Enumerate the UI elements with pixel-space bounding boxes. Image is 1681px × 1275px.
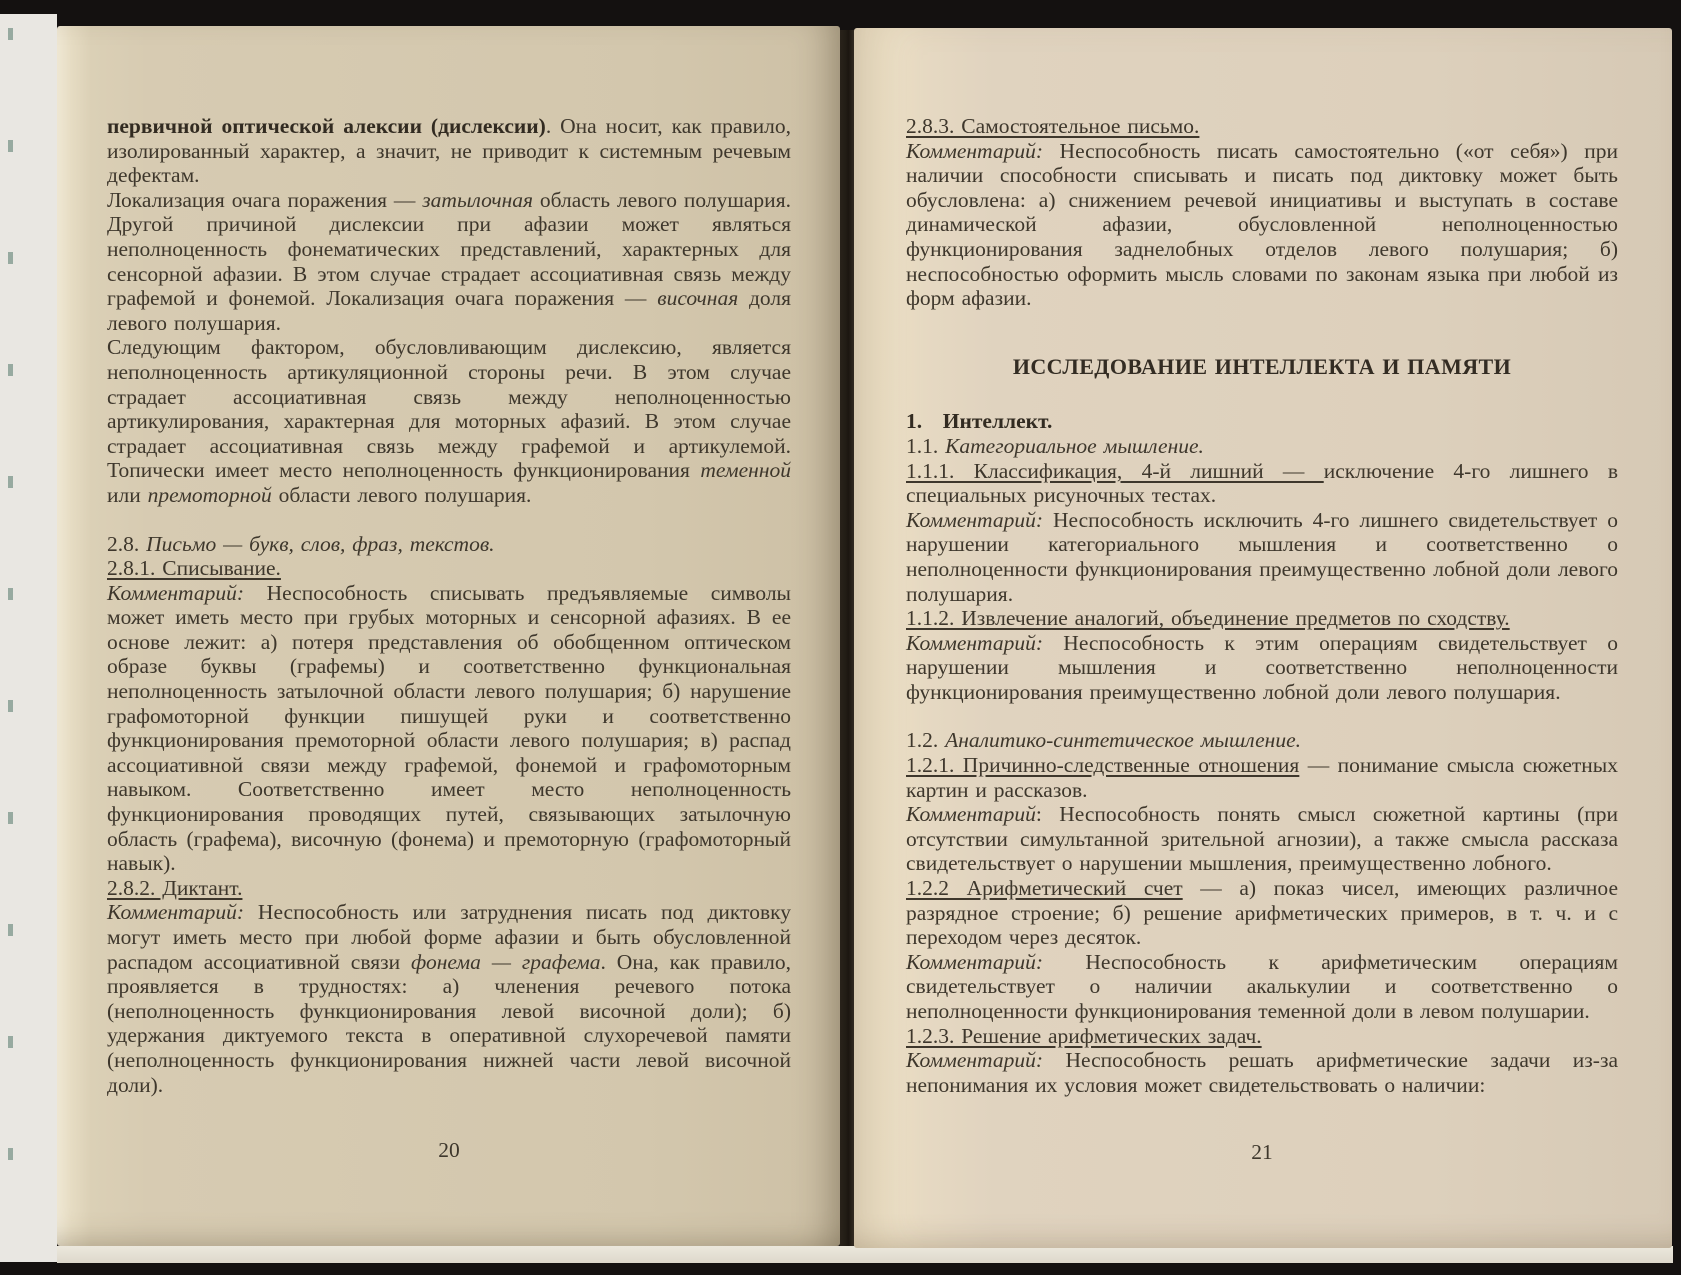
text-segment: височная [657,286,738,310]
paragraph: 1.2. Аналитико-синтетическое мышление. [906,728,1618,753]
paragraph: Комментарий: Неспособность списывать пре… [107,581,791,876]
text-segment: 1.1.2. Извлечение аналогий, объединение … [906,606,1510,630]
text-segment: премоторной [148,483,272,507]
text-segment: 1. Интеллект. [906,409,1052,433]
text-segment: фонема — графема [411,950,600,974]
text-segment: Комментарий: [906,508,1043,532]
page-number-right: 21 [906,1140,1618,1165]
text-segment: 1.1.1. Классификация, 4-й лишний — [906,459,1324,483]
text-segment: Комментарий: [906,631,1043,655]
text-segment: 1.2.2 Арифметический счет [906,876,1183,900]
text-segment: Неспособность списывать предъявляемые си… [107,581,791,876]
page-left-text-column: первичной оптической алексии (дислексии)… [107,114,791,1097]
paragraph: Локализация очага поражения — затылочная… [107,188,791,213]
text-segment: Комментарий: [906,1048,1043,1072]
paragraph: 2.8. Письмо — букв, слов, фраз, текстов. [107,532,791,557]
text-segment: 2.8.2. Диктант. [107,876,242,900]
page-edge-stack-bottom [57,1246,1673,1263]
page-left: первичной оптической алексии (дислексии)… [57,26,840,1246]
paragraph: 1.1.2. Извлечение аналогий, объединение … [906,606,1618,631]
text-segment: область левого полушария. [533,188,791,212]
page-left-blocks: первичной оптической алексии (дислексии)… [107,114,791,1097]
paragraph-gap [906,704,1618,728]
paragraph: 1.2.1. Причинно-следственные отношения —… [906,753,1618,802]
text-segment: Локализация очага поражения — [107,188,422,212]
paragraph: Комментарий: Неспособность к этим операц… [906,631,1618,705]
paragraph: 2.8.3. Самостоятельное письмо. [906,114,1618,139]
book-gutter-shadow [840,30,854,1246]
text-segment: 1.2. [906,728,945,752]
text-segment: Комментарий [906,802,1036,826]
paragraph: 1.2.2 Арифметический счет — а) показ чис… [906,876,1618,950]
paragraph: 1.1. Категориальное мышление. [906,434,1618,459]
paragraph: Комментарий: Неспособность писать самост… [906,139,1618,311]
paragraph: Комментарий: Неспособность исключить 4-г… [906,508,1618,606]
paragraph: 2.8.1. Списывание. [107,556,791,581]
paragraph: 1.2.3. Решение арифметических задач. [906,1024,1618,1049]
text-segment: Следующим фактором, обусловливающим дисл… [107,335,791,482]
text-segment: Аналитико-синтетическое мышление. [945,728,1301,752]
paragraph: Другой причиной дислексии при афазии мож… [107,212,791,335]
paragraph: 1.1.1. Классификация, 4-й лишний — исклю… [906,459,1618,508]
paragraph: первичной оптической алексии (дислексии)… [107,114,791,188]
text-segment: 2.8.1. Списывание. [107,556,281,580]
paragraph-gap [107,508,791,532]
page-right-blocks-main: 1. Интеллект.1.1. Категориальное мышлени… [906,409,1618,1097]
text-segment: 1.1. [906,434,945,458]
text-segment: Комментарий: [906,950,1043,974]
text-segment: Письмо — букв, слов, фраз, текстов. [146,532,494,556]
page-right-blocks-top: 2.8.3. Самостоятельное письмо.Комментари… [906,114,1618,311]
section-title: ИССЛЕДОВАНИЕ ИНТЕЛЛЕКТА И ПАМЯТИ [906,355,1618,380]
book-scan-background: первичной оптической алексии (дислексии)… [0,0,1681,1275]
text-segment: 2.8. [107,532,146,556]
text-segment: теменной [700,458,791,482]
paragraph: 2.8.2. Диктант. [107,876,791,901]
text-segment: Комментарий: [906,139,1043,163]
text-segment: затылочная [422,188,533,212]
scanner-bed-left-strip [0,14,57,1262]
page-number-left: 20 [107,1138,791,1163]
text-segment: области левого полушария. [272,483,532,507]
text-segment: Категориальное мышление. [945,434,1204,458]
page-right-text-column: 2.8.3. Самостоятельное письмо.Комментари… [906,114,1618,1097]
text-segment: первичной оптической алексии (дислексии) [107,114,546,138]
text-segment: или [107,483,148,507]
paragraph: 1. Интеллект. [906,409,1618,434]
text-segment: Комментарий: [107,581,244,605]
text-segment: Неспособность писать самостоятельно («от… [906,139,1618,311]
text-segment: 1.2.1. Причинно-следственные отношения [906,753,1299,777]
page-right: 2.8.3. Самостоятельное письмо.Комментари… [854,28,1672,1248]
paragraph: Комментарий: Неспособность решать арифме… [906,1048,1618,1097]
paragraph: Комментарий: Неспособность или затруднен… [107,900,791,1097]
text-segment: 1.2.3. Решение арифметических задач. [906,1024,1262,1048]
text-segment: Комментарий: [107,900,244,924]
text-segment: 2.8.3. Самостоятельное письмо. [906,114,1199,138]
paragraph: Комментарий: Неспособность к арифметичес… [906,950,1618,1024]
paragraph: Следующим фактором, обусловливающим дисл… [107,335,791,507]
paragraph: Комментарий: Неспособность понять смысл … [906,802,1618,876]
